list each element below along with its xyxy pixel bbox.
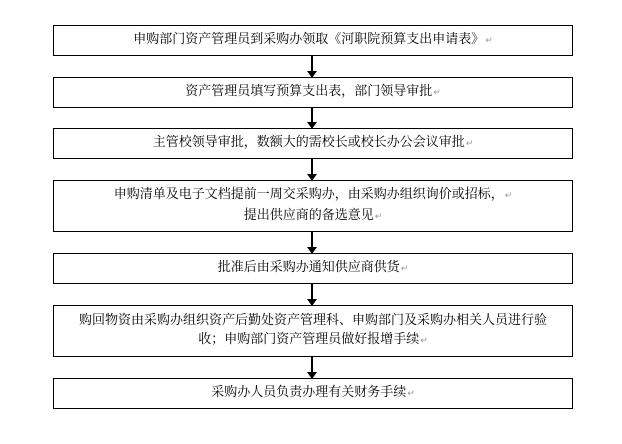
step-5-text: 批准后由采购办通知供应商供货 [218, 260, 400, 275]
flow-step-5: 批准后由采购办通知供应商供货↵ [53, 253, 573, 284]
flow-step-6: 购回物资由采购办组织资产后勤处资产管理科、申购部门及采购办相关人员进行验 收；申… [53, 305, 573, 357]
step-4-text-line-1: 申购清单及电子文档提前一周交采购办，由采购办组织询价或招标， [114, 187, 504, 202]
flow-step-7: 采购办人员负责办理有关财务手续↵ [53, 378, 573, 409]
step-7-text: 采购办人员负责办理有关财务手续 [211, 385, 406, 400]
flow-step-1: 申购部门资产管理员到采购办领取《河职院预算支出申请表》↵ [53, 25, 573, 56]
step-3-text: 主管校领导审批，数额大的需校长或校长办公会议审批 [153, 135, 465, 150]
step-6-text-line-2: 收；申购部门资产管理员做好报增手续 [198, 332, 419, 347]
step-4-text-line-2: 提出供应商的备选意见 [244, 208, 374, 223]
step-1-text: 申购部门资产管理员到采购办领取《河职院预算支出申请表》 [133, 32, 484, 47]
paragraph-mark-icon: ↵ [407, 389, 415, 399]
paragraph-mark-icon: ↵ [375, 212, 383, 222]
flow-step-4: 申购清单及电子文档提前一周交采购办，由采购办组织询价或招标，↵ 提出供应商的备选… [53, 180, 573, 232]
down-arrow-icon [311, 56, 313, 77]
flow-step-3: 主管校领导审批，数额大的需校长或校长办公会议审批↵ [53, 128, 573, 159]
down-arrow-icon [311, 108, 313, 128]
flow-step-2: 资产管理员填写预算支出表，部门领导审批↵ [53, 77, 573, 108]
paragraph-mark-icon: ↵ [466, 139, 474, 149]
paragraph-mark-icon: ↵ [401, 264, 409, 274]
paragraph-mark-icon: ↵ [505, 191, 513, 201]
step-2-text: 资产管理员填写预算支出表，部门领导审批 [185, 84, 432, 99]
paragraph-mark-icon: ↵ [485, 36, 493, 46]
down-arrow-icon [311, 159, 313, 180]
paragraph-mark-icon: ↵ [420, 336, 428, 346]
step-6-text-line-1: 购回物资由采购办组织资产后勤处资产管理科、申购部门及采购办相关人员进行验 [79, 313, 547, 328]
down-arrow-icon [311, 357, 313, 378]
paragraph-mark-icon: ↵ [433, 88, 441, 98]
down-arrow-icon [311, 284, 313, 305]
down-arrow-icon [311, 232, 313, 253]
